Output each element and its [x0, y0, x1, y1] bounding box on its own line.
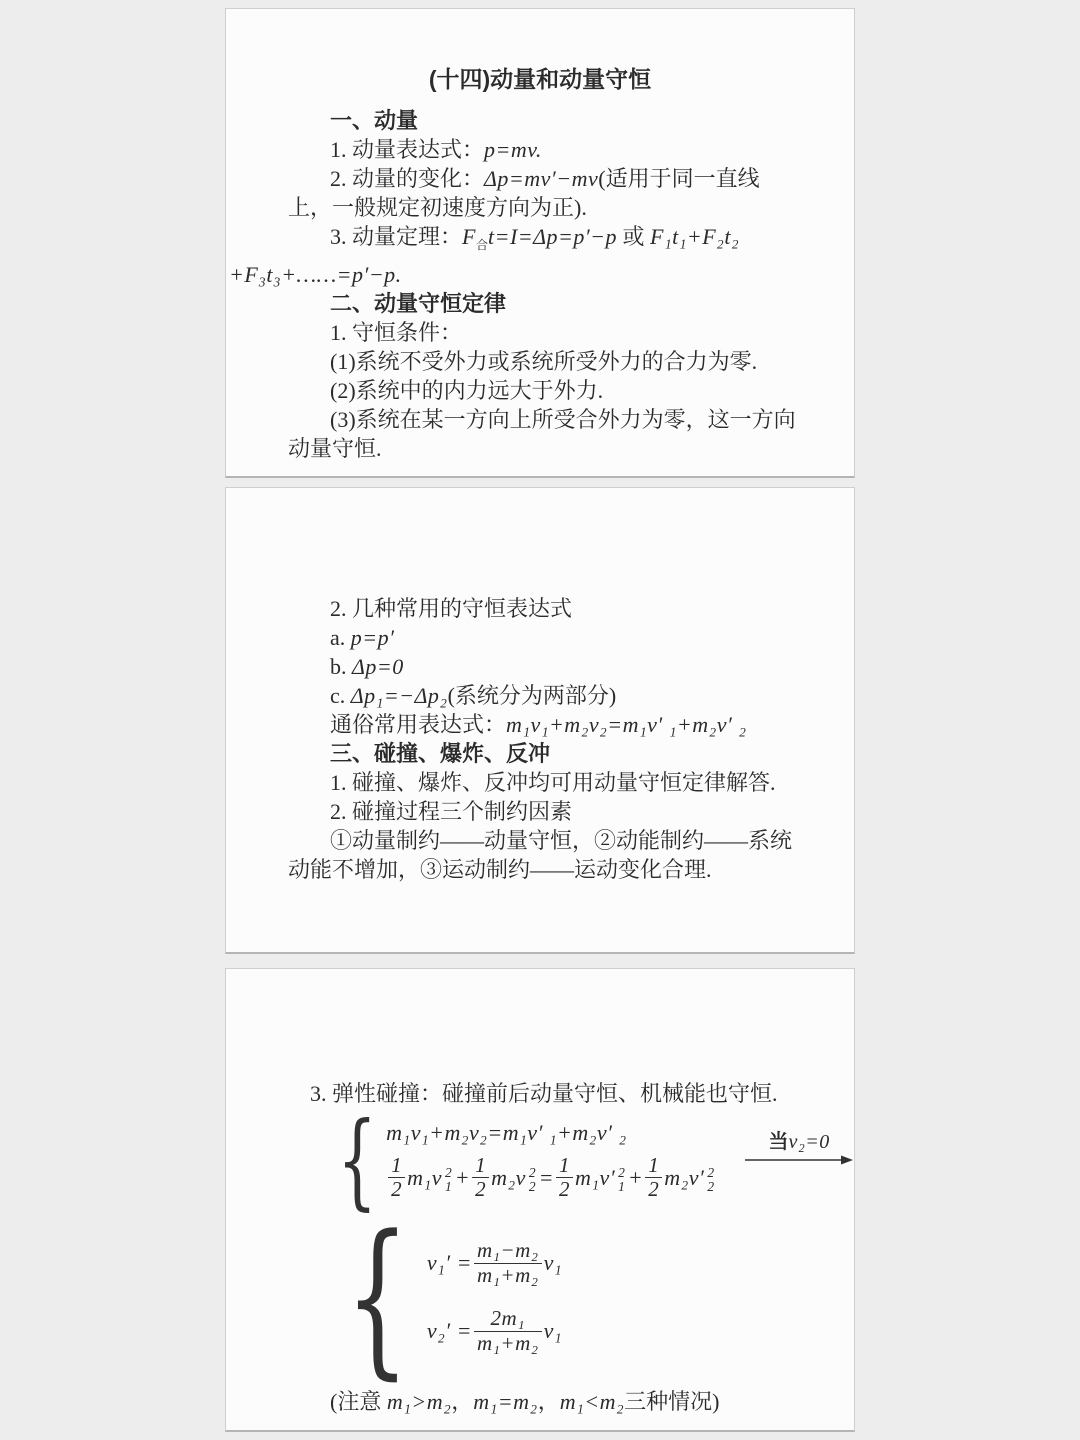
- fraction: m₁−m₂m₁+m₂: [474, 1239, 542, 1287]
- text-line: 3. 弹性碰撞：碰撞前后动量守恒、机械能也守恒.: [310, 1079, 854, 1108]
- text-line: 1. 守恒条件：: [330, 318, 854, 347]
- fraction: 12: [388, 1154, 405, 1202]
- equation-row: v₁′ =m₁−m₂m₁+m₂v₁: [427, 1239, 562, 1287]
- text-segment: m₁v: [407, 1165, 442, 1191]
- equation-row: 12m₁v21+12m₂v22=12m₁v′21+12m₂v′22: [386, 1154, 717, 1202]
- system-brace-icon: {: [337, 1114, 377, 1208]
- sup-sub-stack: 22: [707, 1166, 714, 1194]
- text-segment: 3. 弹性碰撞：碰撞前后动量守恒、机械能也守恒.: [310, 1081, 778, 1106]
- text-segment: c.: [330, 683, 351, 708]
- text-segment: 动能不增加，③运动制约——运动变化合理.: [288, 857, 712, 882]
- text-segment: m₁<m₂: [560, 1389, 624, 1414]
- condition-label: 当v₂=0: [768, 1131, 829, 1154]
- text-segment: v₁′ =: [427, 1250, 472, 1276]
- text-line: 1. 碰撞、爆炸、反冲均可用动量守恒定律解答.: [330, 768, 854, 797]
- text-segment: +F₃t₃+……=p′−p.: [229, 262, 402, 287]
- text-segment: 上，一般规定初速度方向为正).: [288, 195, 587, 220]
- text-segment: (适用于同一直线: [598, 166, 759, 191]
- text-segment: 1. 动量表达式：: [330, 137, 484, 162]
- text-line: 动量守恒.: [288, 434, 854, 463]
- section-3-heading: 三、碰撞、爆炸、反冲: [330, 739, 854, 768]
- text-line: b. Δp=0: [330, 652, 854, 681]
- text-segment: 2. 动量的变化：: [330, 166, 484, 191]
- text-segment: m₁v₁+m₂v₂=m₁v′ ₁+m₂v′ ₂: [386, 1120, 626, 1146]
- text-segment: t=I=Δp=p′−p: [488, 224, 617, 249]
- text-line: 2. 碰撞过程三个制约因素: [330, 797, 854, 826]
- notes-card-expressions: 2. 几种常用的守恒表达式a. p=p′b. Δp=0c. Δp₁=−Δp₂(系…: [225, 487, 855, 954]
- text-segment: F₁t₁+F₂t₂: [650, 224, 739, 249]
- text-segment: v₁: [544, 1250, 562, 1276]
- text-segment: Δp₁=−Δp₂: [351, 683, 448, 708]
- text-segment: (3)系统在某一方向上所受合外力为零，这一方向: [330, 407, 796, 432]
- text-segment: (十四)动量和动量守恒: [429, 66, 651, 92]
- equation-row: v₂′ =2m₁m₁+m₂v₁: [427, 1307, 562, 1355]
- sup-sub-stack: 22: [529, 1166, 536, 1194]
- fraction: 12: [472, 1154, 489, 1202]
- text-segment: ①动量制约——动量守恒，②动能制约——系统: [330, 828, 792, 853]
- text-line: 2. 动量的变化：Δp=mv′−mv(适用于同一直线: [330, 164, 854, 193]
- text-segment: ，: [451, 1389, 473, 1414]
- text-line: 上，一般规定初速度方向为正).: [288, 193, 854, 222]
- text-segment: (2)系统中的内力远大于外力.: [330, 378, 603, 403]
- text-segment: v₁: [544, 1318, 562, 1344]
- text-line: ①动量制约——动量守恒，②动能制约——系统: [330, 826, 854, 855]
- text-line: (2)系统中的内力远大于外力.: [330, 376, 854, 405]
- text-segment: m₁=m₂: [473, 1389, 537, 1414]
- text-segment: m₂v′: [664, 1165, 704, 1191]
- right-arrow-icon: [745, 1154, 853, 1166]
- notes-card-elastic-collision: 3. 弹性碰撞：碰撞前后动量守恒、机械能也守恒.{m₁v₁+m₂v₂=m₁v′ …: [225, 968, 855, 1432]
- text-segment: 1. 碰撞、爆炸、反冲均可用动量守恒定律解答.: [330, 770, 776, 795]
- text-segment: 三、碰撞、爆炸、反冲: [330, 741, 550, 766]
- text-line: c. Δp₁=−Δp₂(系统分为两部分): [330, 681, 854, 710]
- condition-label-math: v₂=0: [788, 1131, 829, 1153]
- fraction: 12: [556, 1154, 573, 1202]
- text-segment: +: [455, 1165, 470, 1191]
- text-segment: m₁v′: [575, 1165, 615, 1191]
- document-page: (十四)动量和动量守恒一、动量1. 动量表达式：p=mv.2. 动量的变化：Δp…: [0, 0, 1080, 1440]
- text-segment: 1. 守恒条件：: [330, 320, 462, 345]
- text-line: 2. 几种常用的守恒表达式: [330, 594, 854, 623]
- text-line: 1. 动量表达式：p=mv.: [330, 135, 854, 164]
- text-segment: Δp=0: [352, 654, 404, 679]
- page-title: (十四)动量和动量守恒: [226, 65, 854, 94]
- final-velocity-solutions: {v₁′ =m₁−m₂m₁+m₂v₁v₂′ =2m₁m₁+m₂v₁: [324, 1222, 854, 1373]
- text-line: (1)系统不受外力或系统所受外力的合力为零.: [330, 347, 854, 376]
- equation-row: m₁v₁+m₂v₂=m₁v′ ₁+m₂v′ ₂: [386, 1120, 717, 1146]
- condition-label-zh: 当: [768, 1131, 788, 1153]
- text-segment: (系统分为两部分): [448, 683, 617, 708]
- text-segment: (1)系统不受外力或系统所受外力的合力为零.: [330, 349, 757, 374]
- text-line: a. p=p′: [330, 623, 854, 652]
- text-segment: 动量守恒.: [288, 436, 382, 461]
- text-segment: F: [462, 224, 476, 249]
- condition-arrow: 当v₂=0: [745, 1131, 853, 1166]
- section-1-heading: 一、动量: [330, 106, 854, 135]
- sup-sub-stack: 21: [618, 1166, 625, 1194]
- text-segment: 2. 碰撞过程三个制约因素: [330, 799, 572, 824]
- text-segment: 合: [476, 238, 488, 252]
- text-segment: 2. 几种常用的守恒表达式: [330, 596, 572, 621]
- text-line: 动能不增加，③运动制约——运动变化合理.: [288, 855, 854, 884]
- text-line: 通俗常用表达式：m₁v₁+m₂v₂=m₁v′ ₁+m₂v′ ₂: [330, 710, 854, 739]
- text-segment: +: [628, 1165, 643, 1191]
- text-segment: m₁v₁+m₂v₂=m₁v′ ₁+m₂v′ ₂: [506, 712, 746, 737]
- text-segment: 一、动量: [330, 108, 418, 133]
- text-segment: Δp=mv′−mv: [484, 166, 598, 191]
- text-segment: 通俗常用表达式：: [330, 712, 506, 737]
- text-segment: 二、动量守恒定律: [330, 291, 506, 316]
- text-segment: 3. 动量定理：: [330, 224, 462, 249]
- text-line: (3)系统在某一方向上所受合外力为零，这一方向: [330, 405, 854, 434]
- system-brace-icon: {: [345, 1222, 409, 1373]
- sup-sub-stack: 21: [445, 1166, 452, 1194]
- text-segment: =: [539, 1165, 554, 1191]
- text-segment: p=p′: [351, 625, 395, 650]
- elastic-collision-equations: {m₁v₁+m₂v₂=m₁v′ ₁+m₂v′ ₂12m₁v21+12m₂v22=…: [324, 1114, 854, 1208]
- text-segment: b.: [330, 654, 352, 679]
- text-segment: p=mv.: [484, 137, 542, 162]
- fraction: 2m₁m₁+m₂: [474, 1307, 542, 1355]
- section-2-heading: 二、动量守恒定律: [330, 289, 854, 318]
- text-segment: a.: [330, 625, 351, 650]
- fraction: 12: [645, 1154, 662, 1202]
- text-segment: ，: [538, 1389, 560, 1414]
- text-segment: 或: [617, 224, 650, 249]
- text-line: 3. 动量定理：F合t=I=Δp=p′−p 或 F₁t₁+F₂t₂: [330, 222, 854, 260]
- text-segment: v₂′ =: [427, 1318, 472, 1344]
- text-line: +F₃t₃+……=p′−p.: [229, 260, 854, 289]
- text-segment: m₂v: [491, 1165, 526, 1191]
- notes-card-momentum: (十四)动量和动量守恒一、动量1. 动量表达式：p=mv.2. 动量的变化：Δp…: [225, 8, 855, 478]
- text-segment: 三种情况): [624, 1389, 719, 1414]
